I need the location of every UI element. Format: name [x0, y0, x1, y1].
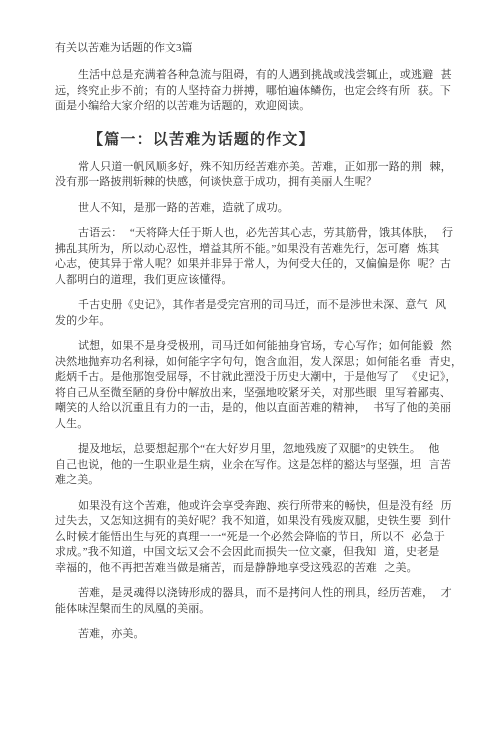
- paragraph: 生活中总是充满着各种急流与阻碍，有的人遇到挑战或浅尝辄止，或逃避 甚 远，终究止…: [55, 68, 450, 115]
- text-line: 古语云： “天将降大任于斯人也，必先苦其心志，劳其筋骨，饿其体肤， 行: [55, 226, 450, 242]
- section-heading: 【篇一：以苦难为话题的作文】: [88, 130, 450, 150]
- document-title: 有关以苦难为话题的作文3篇: [55, 40, 450, 56]
- text-line: 过失去，又怎知这拥有的美好呢？我不知道，如果没有残废双腿，史铁生要 到什: [55, 514, 450, 530]
- text-line: 如果没有这个苦难，他或许会享受奔跑、疾行所带来的畅快，但是没有经 历: [55, 499, 450, 515]
- paragraph: 常人只道一帆风顺多好，殊不知历经苦难亦美。苦难，正如那一路的荆 棘， 没有那一路…: [55, 160, 450, 191]
- text-line: 人生。: [55, 417, 450, 433]
- text-line: 千古史册《史记》，其作者是受完宫刑的司马迁，而不是涉世未深、意气 风: [55, 298, 450, 314]
- text-line: 求成。”我不知道，中国文坛又会不会因此而损失一位文豪，但我知 道，史老是: [55, 545, 450, 561]
- text-line: 提及地坛，总要想起那个“在大好岁月里，忽地残废了双腿”的史铁生。 他: [55, 442, 450, 458]
- text-line: 嘲笑的人给以沉重且有力的一击，是的，他以直面苦难的精神， 书写了他的美丽: [55, 401, 450, 417]
- paragraph: 世人不知，是那一路的苦难，造就了成功。: [55, 201, 450, 217]
- text-line: 难之美。: [55, 473, 450, 489]
- paragraph: 苦难，亦美。: [55, 627, 450, 643]
- text-line: 彪炳千古。是他那饱受屈辱，不甘就此湮没于历史大潮中，于是他写了 《史记》，: [55, 370, 450, 386]
- text-line: 苦难，是灵魂得以浇铸形成的器具，而不是拷问人性的刑具，经历苦难， 才: [55, 586, 450, 602]
- paragraph: 试想，如果不是身受极刑，司马迁如何能抽身官场，专心写作；如何能毅 然 决然地抛弃…: [55, 339, 450, 432]
- text-line: 常人只道一帆风顺多好，殊不知历经苦难亦美。苦难，正如那一路的荆 棘，: [55, 160, 450, 176]
- text-line: 么时候才能悟出生与死的真理一一“死是一个必然会降临的节日，所以不 必急于: [55, 530, 450, 546]
- paragraph: 提及地坛，总要想起那个“在大好岁月里，忽地残废了双腿”的史铁生。 他 自己也说，…: [55, 442, 450, 489]
- text-line: 拂乱其所为，所以动心忍性，增益其所不能。”如果没有苦难先行，怎可磨 炼其: [55, 242, 450, 258]
- text-line: 能体味涅槃而生的凤凰的美丽。: [55, 602, 450, 618]
- text-line: 没有那一路披荆斩棘的快感，何谈快意于成功，拥有美丽人生呢？: [55, 175, 450, 191]
- text-line: 发的少年。: [55, 314, 450, 330]
- paragraph: 苦难，是灵魂得以浇铸形成的器具，而不是拷问人性的刑具，经历苦难， 才 能体味涅槃…: [55, 586, 450, 617]
- text-line: 幸福的，他不再把苦难当做是痛苦，而是静静地享受这残忍的苦难 之美。: [55, 561, 450, 577]
- text-line: 决然地抛弃功名利禄，如何能字字句句，饱含血泪，发人深思；如何能名垂 青史，: [55, 355, 450, 371]
- text-line: 心志，使其异于常人呢？如果并非异于常人，为何受大任的，又偏偏是你 呢？古: [55, 257, 450, 273]
- text-line: 试想，如果不是身受极刑，司马迁如何能抽身官场，专心写作；如何能毅 然: [55, 339, 450, 355]
- text-line: 远，终究止步不前；有的人坚持奋力拼搏，哪怕遍体鳞伤，也定会终有所 获。下: [55, 84, 450, 100]
- text-line: 世人不知，是那一路的苦难，造就了成功。: [55, 201, 450, 217]
- paragraph: 古语云： “天将降大任于斯人也，必先苦其心志，劳其筋骨，饿其体肤， 行 拂乱其所…: [55, 226, 450, 288]
- text-line: 面是小编给大家介绍的以苦难为话题的，欢迎阅读。: [55, 99, 450, 115]
- text-line: 生活中总是充满着各种急流与阻碍，有的人遇到挑战或浅尝辄止，或逃避 甚: [55, 68, 450, 84]
- text-line: 自己也说，他的一生职业是生病，业余在写作。这是怎样的豁达与坚强，坦 言苦: [55, 458, 450, 474]
- text-line: 将自己从至微至陋的身份中解放出来，坚强地咬紧牙关，对那些眼 里写着鄙夷、: [55, 386, 450, 402]
- text-line: 苦难，亦美。: [55, 627, 450, 643]
- paragraph: 如果没有这个苦难，他或许会享受奔跑、疾行所带来的畅快，但是没有经 历 过失去，又…: [55, 499, 450, 577]
- document-page: 有关以苦难为话题的作文3篇 生活中总是充满着各种急流与阻碍，有的人遇到挑战或浅尝…: [0, 0, 500, 747]
- text-line: 人都明白的道理，我们更应该懂得。: [55, 273, 450, 289]
- paragraph: 千古史册《史记》，其作者是受完宫刑的司马迁，而不是涉世未深、意气 风 发的少年。: [55, 298, 450, 329]
